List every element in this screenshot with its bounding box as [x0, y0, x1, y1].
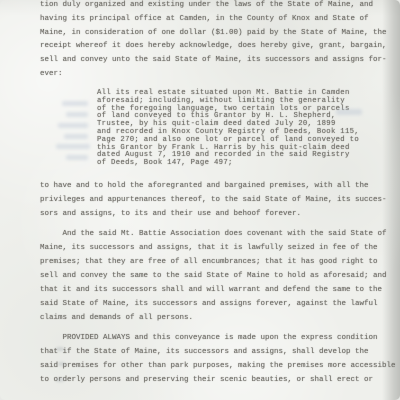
- habendum-paragraph: to have and to hold the aforegranted and…: [40, 179, 387, 221]
- ghost-mark: [56, 144, 90, 149]
- property-description-block: All its real estate situated upon Mt. Ba…: [97, 90, 359, 168]
- ghost-mark: [64, 134, 88, 139]
- document-photo: tion duly organized and existing under t…: [0, 0, 400, 400]
- proviso-paragraph: PROVIDED ALWAYS and this conveyance is m…: [40, 331, 396, 387]
- ghost-speck: [58, 362, 65, 366]
- ghost-mark: [66, 155, 88, 160]
- ghost-mark: [66, 112, 88, 117]
- ghost-speck: [56, 378, 64, 382]
- covenant-paragraph: And the said Mt. Battie Association does…: [40, 227, 387, 325]
- ghost-speck: [56, 347, 64, 351]
- opening-paragraph: tion duly organized and existing under t…: [40, 0, 387, 82]
- ghost-mark: [336, 109, 362, 115]
- ghost-mark: [62, 101, 88, 106]
- ghost-mark: [58, 123, 88, 128]
